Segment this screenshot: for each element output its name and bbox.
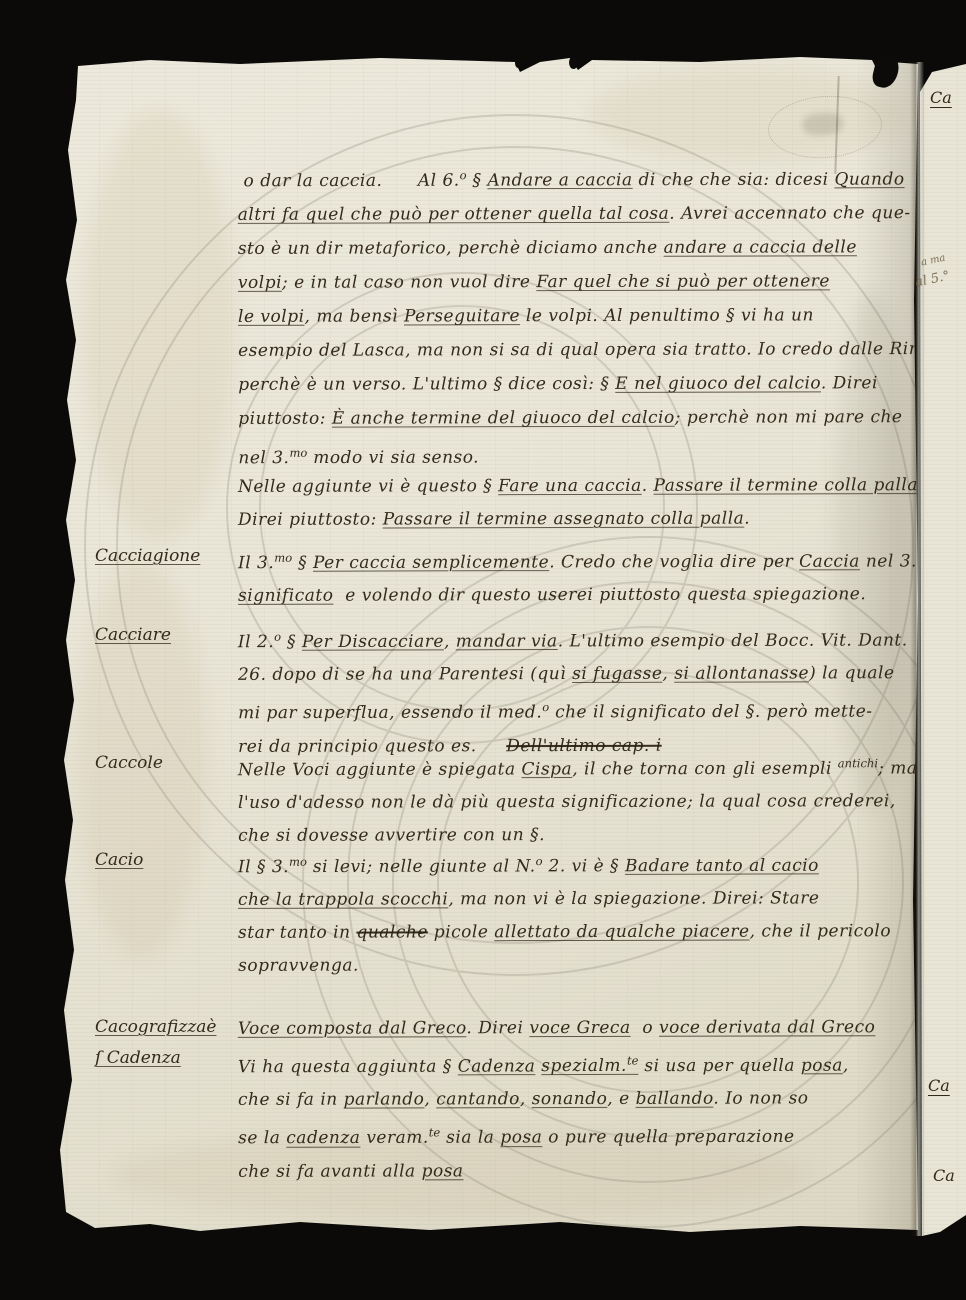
next-page-entry-word: Ca — [928, 1076, 950, 1095]
manuscript-line: star tanto in qualche picole allettato d… — [238, 915, 918, 950]
manuscript-line: piuttosto: È anche termine del giuoco de… — [238, 400, 918, 436]
manuscript-line: mi par superflua, essendo il med.o che i… — [238, 690, 918, 730]
margin-entry-word: ſ Cadenza — [95, 1043, 235, 1074]
faint-oval-stamp — [766, 92, 884, 162]
manuscript-line: Voce composta dal Greco. Direi voce Grec… — [238, 1011, 918, 1046]
manuscript-line: altri fa quel che può per ottener quella… — [238, 196, 918, 232]
manuscript-line: sto è un dir metaforico, perchè diciamo … — [238, 230, 918, 266]
margin-entry-word: Cacografizzaè — [95, 1012, 235, 1043]
entry-body: Nelle Voci aggiunte è spiegata Cispa, il… — [238, 747, 918, 853]
margin-column: Cacio — [95, 845, 235, 876]
next-page-header: Ca — [930, 88, 952, 107]
manuscript-line: esempio del Lasca, ma non si sa di qual … — [238, 332, 918, 368]
manuscript-line: Il 3.mo § Per caccia semplicemente. Cred… — [238, 540, 918, 580]
manuscript-line: Direi piuttosto: Passare il termine asse… — [238, 502, 918, 537]
manuscript-line: significato e volendo dir questo userei … — [238, 578, 918, 613]
manuscript-line: che si fa in parlando, cantando, sonando… — [238, 1082, 918, 1117]
manuscript-line: sopravvenga. — [238, 948, 918, 983]
margin-entry-word: Cacciagione — [95, 541, 235, 572]
manuscript-line: che la trappola scocchi, ma non vi è la … — [238, 882, 918, 917]
manuscript-line: perchè è un verso. L'ultimo § dice così:… — [238, 366, 918, 402]
next-page-entry-word: Ca — [933, 1166, 955, 1185]
margin-column: Cacciare — [95, 620, 235, 651]
entry-body: Voce composta dal Greco. Direi voce Grec… — [238, 1011, 918, 1188]
manuscript-line: Nelle Voci aggiunte è spiegata Cispa, il… — [238, 747, 918, 787]
entry-body: Il § 3.mo si levi; nelle giunte al N.o 2… — [238, 844, 918, 983]
margin-column: Caccole — [95, 748, 235, 779]
manuscript-line: l'uso d'adesso non le dà più questa sign… — [238, 785, 918, 820]
manuscript-line: Nelle aggiunte vi è questo § Fare una ca… — [238, 469, 918, 504]
paper-stain — [84, 110, 234, 540]
manuscript-line: se la cadenza veram.te sia la posa o pur… — [238, 1115, 918, 1155]
manuscript-line: volpi; e in tal caso non vuol dire Far q… — [238, 264, 918, 300]
margin-entry-word: Cacio — [95, 845, 235, 876]
manuscript-line: Il 2.o § Per Discacciare, mandar via. L'… — [238, 619, 918, 659]
entry-body: Il 3.mo § Per caccia semplicemente. Cred… — [238, 540, 918, 613]
margin-column: Cacografizzaèſ Cadenza — [95, 1012, 235, 1074]
manuscript-line: Vi ha questa aggiunta § Cadenza spezialm… — [238, 1044, 918, 1084]
entry-body: Nelle aggiunte vi è questo § Fare una ca… — [238, 469, 918, 537]
manuscript-line: 26. dopo di se ha una Parentesi (quì si … — [238, 657, 918, 692]
ink-blot — [515, 58, 521, 68]
manuscript-page: o dar la caccia. Al 6.o § Andare a cacci… — [0, 0, 966, 1300]
margin-entry-word: Caccole — [95, 748, 235, 779]
scan-background: o dar la caccia. Al 6.o § Andare a cacci… — [0, 0, 966, 1300]
manuscript-line: che si fa avanti alla posa — [238, 1154, 918, 1189]
manuscript-line: o dar la caccia. Al 6.o § Andare a cacci… — [238, 157, 918, 198]
entry-body: Il 2.o § Per Discacciare, mandar via. L'… — [238, 619, 918, 763]
entry-body: o dar la caccia. Al 6.o § Andare a cacci… — [238, 157, 919, 475]
ink-blot — [569, 56, 578, 69]
manuscript-line: Il § 3.mo si levi; nelle giunte al N.o 2… — [238, 844, 918, 884]
manuscript-line: le volpi, ma bensì Perseguitare le volpi… — [238, 298, 918, 334]
margin-entry-word: Cacciare — [95, 620, 235, 651]
margin-column: Cacciagione — [95, 541, 235, 572]
